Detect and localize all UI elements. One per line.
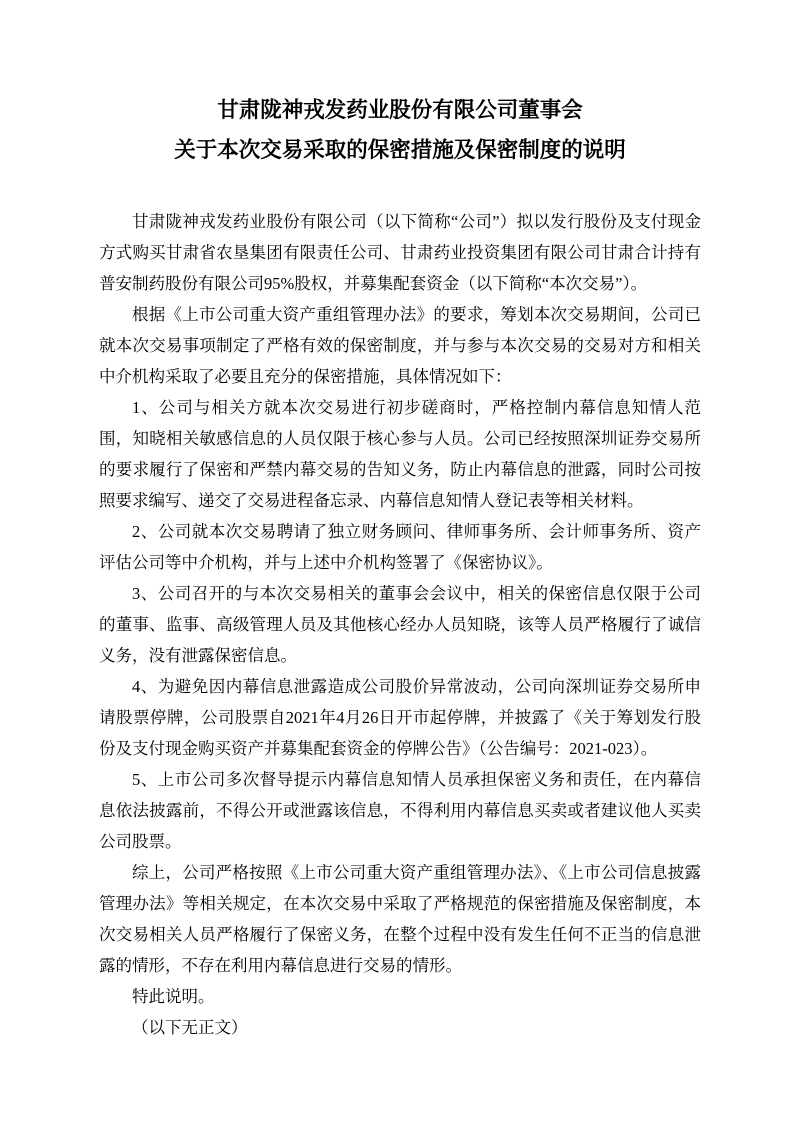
para-no-body-text: （以下无正文） bbox=[99, 1012, 701, 1043]
para-transaction-overview: 甘肃陇神戎发药业股份有限公司（以下简称“公司”）拟以发行股份及支付现金方式购买甘… bbox=[99, 206, 701, 299]
document-title-line-1: 甘肃陇神戎发药业股份有限公司董事会 bbox=[99, 90, 701, 130]
para-conclusion: 综上，公司严格按照《上市公司重大资产重组管理办法》、《上市公司信息披露管理办法》… bbox=[99, 857, 701, 981]
document-page: 甘肃陇神戎发药业股份有限公司董事会 关于本次交易采取的保密措施及保密制度的说明 … bbox=[0, 0, 793, 1122]
document-title: 甘肃陇神戎发药业股份有限公司董事会 关于本次交易采取的保密措施及保密制度的说明 bbox=[99, 90, 701, 170]
para-measure-1: 1、公司与相关方就本次交易进行初步磋商时，严格控制内幕信息知情人范围，知晓相关敏… bbox=[99, 392, 701, 516]
para-measure-4: 4、为避免因内幕信息泄露造成公司股价异常波动，公司向深圳证券交易所申请股票停牌，… bbox=[99, 671, 701, 764]
para-measure-2: 2、公司就本次交易聘请了独立财务顾问、律师事务所、会计师事务所、资产评估公司等中… bbox=[99, 516, 701, 578]
document-body: 甘肃陇神戎发药业股份有限公司（以下简称“公司”）拟以发行股份及支付现金方式购买甘… bbox=[99, 206, 701, 1043]
para-confidentiality-overview: 根据《上市公司重大资产重组管理办法》的要求，筹划本次交易期间，公司已就本次交易事… bbox=[99, 299, 701, 392]
para-measure-5: 5、上市公司多次督导提示内幕信息知情人员承担保密义务和责任，在内幕信息依法披露前… bbox=[99, 764, 701, 857]
document-title-line-2: 关于本次交易采取的保密措施及保密制度的说明 bbox=[99, 130, 701, 170]
para-statement: 特此说明。 bbox=[99, 981, 701, 1012]
para-measure-3: 3、公司召开的与本次交易相关的董事会会议中，相关的保密信息仅限于公司的董事、监事… bbox=[99, 578, 701, 671]
